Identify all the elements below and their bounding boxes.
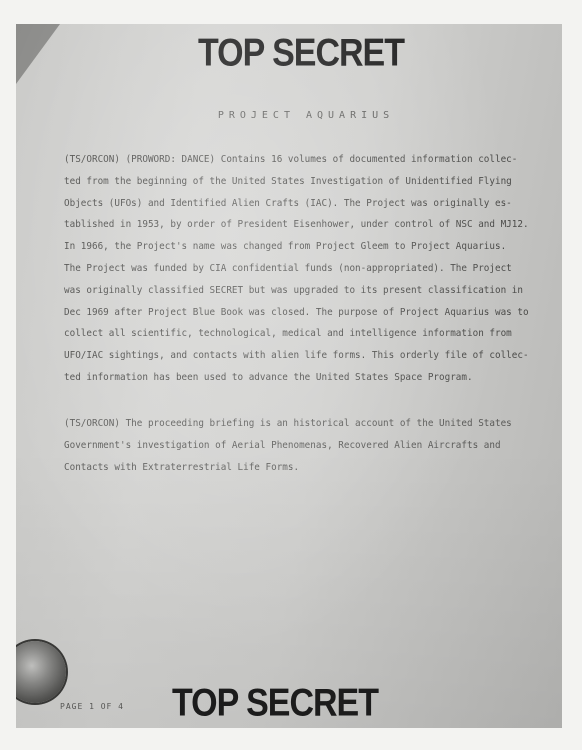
text-line: was originally classified SECRET but was… [64, 280, 534, 302]
text-line: ted from the beginning of the United Sta… [64, 171, 534, 193]
text-line: The Project was funded by CIA confidenti… [64, 258, 534, 280]
top-secret-stamp-bottom: TOP SECRET [16, 681, 548, 726]
text-line: tablished in 1953, by order of President… [64, 214, 534, 236]
text-line: Contacts with Extraterrestrial Life Form… [64, 457, 534, 479]
text-line: Dec 1969 after Project Blue Book was clo… [64, 302, 534, 324]
text-line: In 1966, the Project's name was changed … [64, 236, 534, 258]
document-title: PROJECT AQUARIUS [16, 110, 562, 121]
paragraph-2: (TS/ORCON) The proceeding briefing is an… [64, 413, 534, 478]
text-line: ted information has been used to advance… [64, 367, 534, 389]
text-line: (TS/ORCON) (PROWORD: DANCE) Contains 16 … [64, 149, 534, 171]
text-line: UFO/IAC sightings, and contacts with ali… [64, 345, 534, 367]
text-line: collect all scientific, technological, m… [64, 323, 534, 345]
text-line: Government's investigation of Aerial Phe… [64, 435, 534, 457]
text-line: Objects (UFOs) and Identified Alien Craf… [64, 193, 534, 215]
document-page: TOP SECRET PROJECT AQUARIUS (TS/ORCON) (… [16, 24, 562, 728]
top-secret-stamp-top: TOP SECRET [28, 31, 562, 76]
paragraph-1: (TS/ORCON) (PROWORD: DANCE) Contains 16 … [64, 149, 534, 389]
text-line: (TS/ORCON) The proceeding briefing is an… [64, 413, 534, 435]
